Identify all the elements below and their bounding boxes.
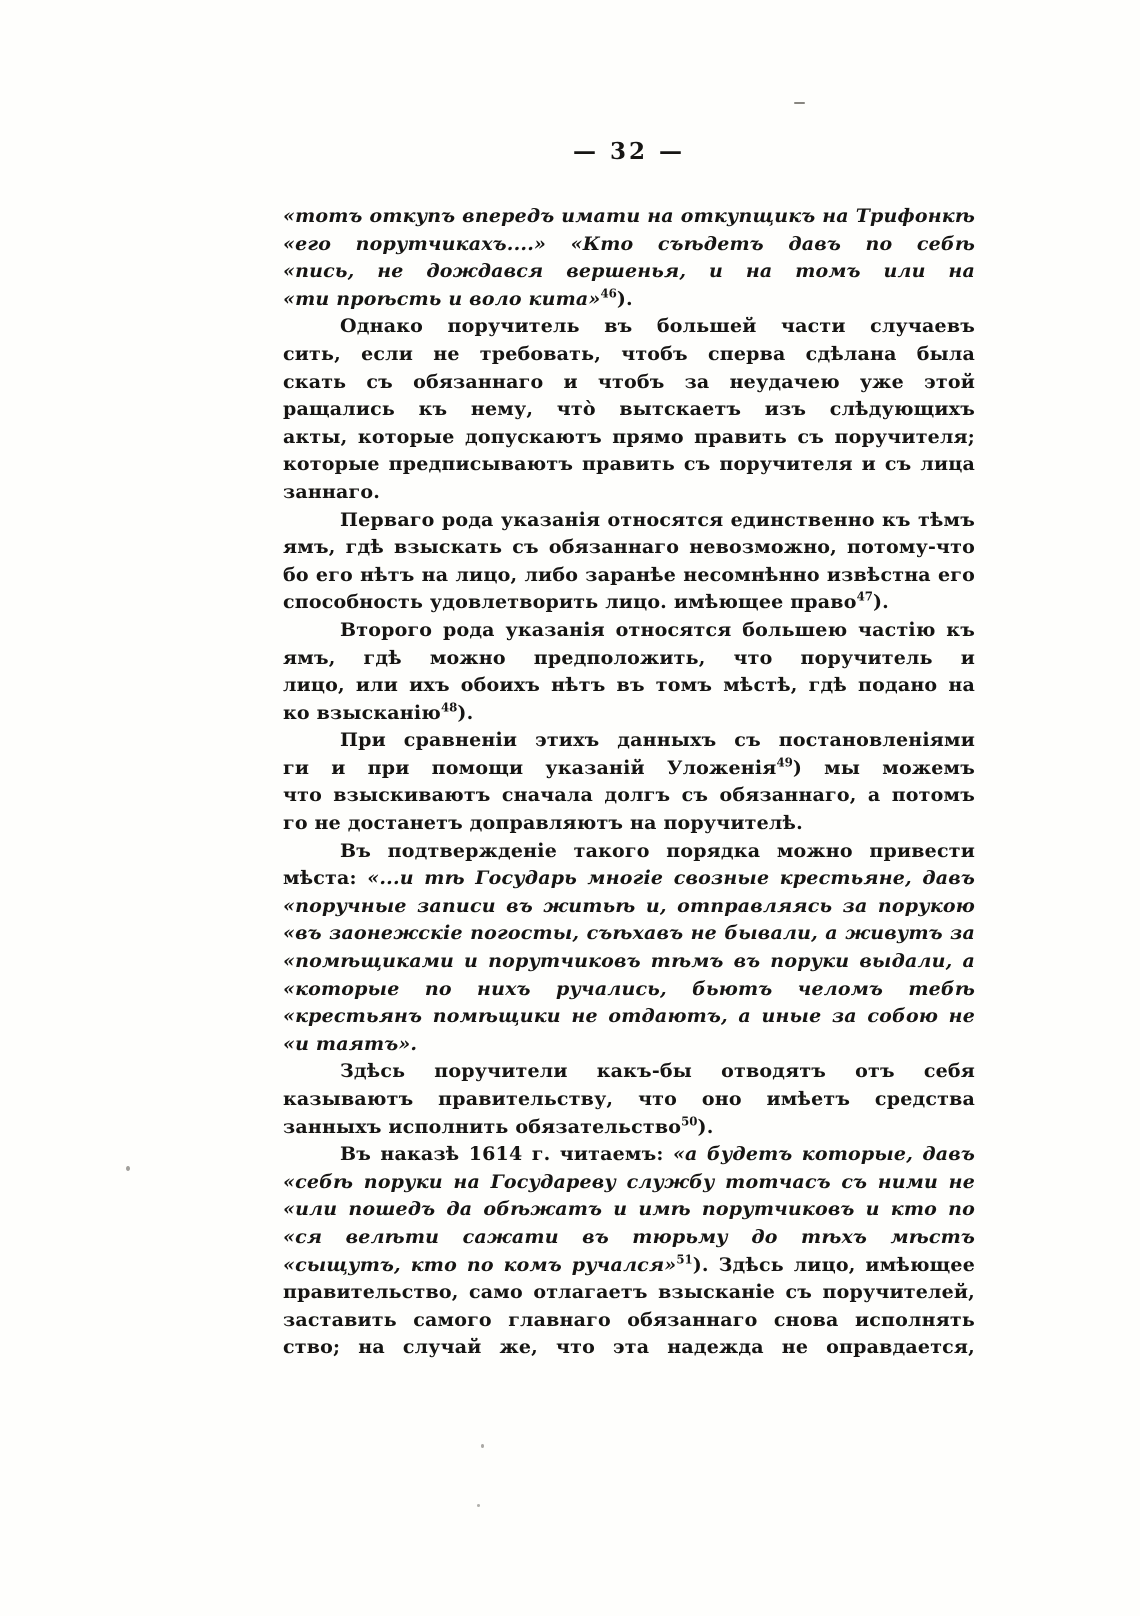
text-line: ямъ, гдѣ взыскать съ обязаннаго невозмож… — [283, 534, 975, 562]
text-line: ство; на случай же, что эта надежда не о… — [283, 1334, 975, 1362]
text-segment: го не достанетъ доправляютъ на поручител… — [283, 812, 803, 834]
text-segment: «или пошедъ да обѣжатъ и имѣ порутчиковъ… — [283, 1198, 975, 1224]
text-segment: ). — [457, 702, 473, 724]
text-segment: Перваго рода указанія относятся единстве… — [340, 509, 975, 535]
text-line: ращались къ нему, что̀ вытскаетъ изъ слѣ… — [283, 396, 975, 424]
text-segment: заннаго. — [283, 481, 380, 503]
text-segment: бо его нѣтъ на лицо, либо заранѣе несомн… — [283, 564, 975, 590]
text-segment: мѣста: — [283, 867, 367, 889]
text-line: Второго рода указанія относятся большею … — [283, 617, 975, 645]
scan-speck — [481, 1444, 484, 1448]
footnote-ref: 48 — [441, 700, 457, 714]
footnote-ref: 47 — [857, 590, 873, 604]
text-segment: «пись, не дождався вершенья, и на томъ и… — [283, 260, 975, 286]
text-segment: лицо, или ихъ обоихъ нѣтъ въ томъ мѣстѣ,… — [283, 674, 975, 700]
text-line: ги и при помощи указаній Уложенія49) мы … — [283, 755, 975, 783]
text-line: ко взысканію48). — [283, 700, 975, 728]
text-line: сить, если не требовать, чтобъ сперва сд… — [283, 341, 975, 369]
text-line: «пись, не дождався вершенья, и на томъ и… — [283, 258, 975, 286]
text-segment: скать съ обязаннаго и чтобъ за неудачею … — [283, 371, 975, 397]
text-line: «которые по нихъ ручались, бьютъ челомъ … — [283, 976, 975, 1004]
text-line: «и таятъ». — [283, 1031, 975, 1059]
text-line: которые предписываютъ править съ поручит… — [283, 451, 975, 479]
text-line: «или пошедъ да обѣжатъ и имѣ порутчиковъ… — [283, 1196, 975, 1224]
text-line: При сравненіи этихъ данныхъ съ постановл… — [283, 727, 975, 755]
scan-speck — [477, 1504, 480, 1507]
text-segment: Здѣсь поручители какъ-бы отводятъ отъ се… — [340, 1060, 975, 1086]
text-line: «помѣщиками и порутчиковъ тѣмъ въ поруки… — [283, 948, 975, 976]
text-segment: казываютъ правительству, что оно имѣетъ … — [283, 1088, 975, 1114]
text-line: «тотъ откупъ впередъ имати на откупщикъ … — [283, 203, 975, 231]
text-segment: Въ подтвержденіе такого порядка можно пр… — [340, 840, 975, 866]
text-segment: способность удовлетворить лицо. имѣющее … — [283, 591, 857, 613]
text-segment: ство; на случай же, что эта надежда не о… — [283, 1336, 975, 1362]
text-segment: которые предписываютъ править съ поручит… — [283, 453, 975, 479]
text-line: Однако поручитель въ большей части случа… — [283, 313, 975, 341]
text-line: «себѣ поруки на Государеву службу тотчас… — [283, 1169, 975, 1197]
text-segment: Второго рода указанія относятся большею … — [340, 619, 975, 645]
text-segment: «которые по нихъ ручались, бьютъ челомъ … — [283, 978, 975, 1004]
text-segment: сить, если не требовать, чтобъ сперва сд… — [283, 343, 975, 369]
text-line: «крестьянъ помѣщики не отдаютъ, а иные з… — [283, 1003, 975, 1031]
text-line: лицо, или ихъ обоихъ нѣтъ въ томъ мѣстѣ,… — [283, 672, 975, 700]
text-line: способность удовлетворить лицо. имѣющее … — [283, 589, 975, 617]
text-line: занныхъ исполнить обязательство50). — [283, 1114, 975, 1142]
text-line: мѣста: «...и тѣ Государь многіе свозные … — [283, 865, 975, 893]
text-segment: ямъ, гдѣ можно предположить, что поручит… — [283, 647, 975, 673]
text-segment: «въ заонежскіе погосты, съѣхавъ не бывал… — [283, 922, 975, 948]
text-segment: занныхъ исполнить обязательство — [283, 1116, 681, 1138]
text-line: «его порутчикахъ....» «Кто съѣдетъ давъ … — [283, 231, 975, 259]
text-segment: ямъ, гдѣ взыскать съ обязаннаго невозмож… — [283, 536, 975, 562]
text-line: Перваго рода указанія относятся единстве… — [283, 507, 975, 535]
text-line: казываютъ правительству, что оно имѣетъ … — [283, 1086, 975, 1114]
text-line: заставить самого главнаго обязаннаго сно… — [283, 1307, 975, 1335]
text-segment: «помѣщиками и порутчиковъ тѣмъ въ поруки… — [283, 950, 975, 976]
footnote-ref: 46 — [600, 286, 616, 300]
text-line: что взыскиваютъ сначала долгъ съ обязанн… — [283, 782, 975, 810]
text-segment: «поручные записи въ житьѣ и, отправляясь… — [283, 895, 975, 921]
text-line: правительство, само отлагаетъ взысканіе … — [283, 1279, 975, 1307]
text-segment: «себѣ поруки на Государеву службу тотчас… — [283, 1171, 975, 1197]
text-line: скать съ обязаннаго и чтобъ за неудачею … — [283, 369, 975, 397]
text-segment: ги и при помощи указаній Уложенія — [283, 757, 777, 779]
text-segment: «...и тѣ Государь многіе свозные крестья… — [283, 867, 975, 893]
text-segment: «и таятъ». — [283, 1033, 417, 1055]
text-segment: «его порутчикахъ....» «Кто съѣдетъ давъ … — [283, 233, 975, 259]
text-segment: ко взысканію — [283, 702, 441, 724]
text-line: бо его нѣтъ на лицо, либо заранѣе несомн… — [283, 562, 975, 590]
text-segment: «ти проѣсть и воло кита» — [283, 288, 600, 310]
text-line: Въ подтвержденіе такого порядка можно пр… — [283, 838, 975, 866]
text-line: «поручные записи въ житьѣ и, отправляясь… — [283, 893, 975, 921]
text-segment: Въ наказѣ 1614 г. читаемъ: — [340, 1143, 673, 1165]
text-line: Въ наказѣ 1614 г. читаемъ: «а будетъ кот… — [283, 1141, 975, 1169]
footnote-ref: 50 — [681, 1114, 697, 1128]
text-segment: правительство, само отлагаетъ взысканіе … — [283, 1281, 975, 1307]
text-block: «тотъ откупъ впередъ имати на откупщикъ … — [283, 203, 975, 1362]
text-line: «въ заонежскіе погосты, съѣхавъ не бывал… — [283, 920, 975, 948]
text-segment: ). — [873, 591, 889, 613]
text-segment: «тотъ откупъ впередъ имати на откупщикъ … — [283, 205, 975, 231]
scan-speck — [794, 102, 805, 104]
text-segment: Однако поручитель въ большей части случа… — [340, 315, 975, 341]
text-line: «ся велѣти сажати въ тюрьму до тѣхъ мѣст… — [283, 1224, 975, 1252]
text-segment: При сравненіи этихъ данныхъ съ постановл… — [340, 729, 975, 755]
text-line: Здѣсь поручители какъ-бы отводятъ отъ се… — [283, 1058, 975, 1086]
footnote-ref: 49 — [777, 756, 793, 770]
scan-speck — [126, 1166, 130, 1171]
page-number: — 32 — — [283, 138, 975, 165]
text-line: го не достанетъ доправляютъ на поручител… — [283, 810, 975, 838]
text-line: заннаго. — [283, 479, 975, 507]
text-segment: «сыщутъ, кто по комъ ручался» — [283, 1254, 676, 1276]
text-segment: ). — [617, 288, 633, 310]
text-segment: заставить самого главнаго обязаннаго сно… — [283, 1309, 975, 1335]
text-line: акты, которые допускаютъ прямо править с… — [283, 424, 975, 452]
text-line: «ти проѣсть и воло кита»46). — [283, 286, 975, 314]
text-segment: ). — [698, 1116, 714, 1138]
text-segment: «крестьянъ помѣщики не отдаютъ, а иные з… — [283, 1005, 975, 1031]
text-line: ямъ, гдѣ можно предположить, что поручит… — [283, 645, 975, 673]
text-segment: «ся велѣти сажати въ тюрьму до тѣхъ мѣст… — [283, 1226, 975, 1252]
text-segment: акты, которые допускаютъ прямо править с… — [283, 426, 975, 452]
text-segment: ращались къ нему, что̀ вытскаетъ изъ слѣ… — [283, 398, 975, 424]
footnote-ref: 51 — [676, 1252, 692, 1266]
text-line: «сыщутъ, кто по комъ ручался»51). Здѣсь … — [283, 1252, 975, 1280]
text-segment: что взыскиваютъ сначала долгъ съ обязанн… — [283, 784, 975, 810]
scanned-book-page: — 32 — «тотъ откупъ впередъ имати на отк… — [0, 0, 1140, 1616]
